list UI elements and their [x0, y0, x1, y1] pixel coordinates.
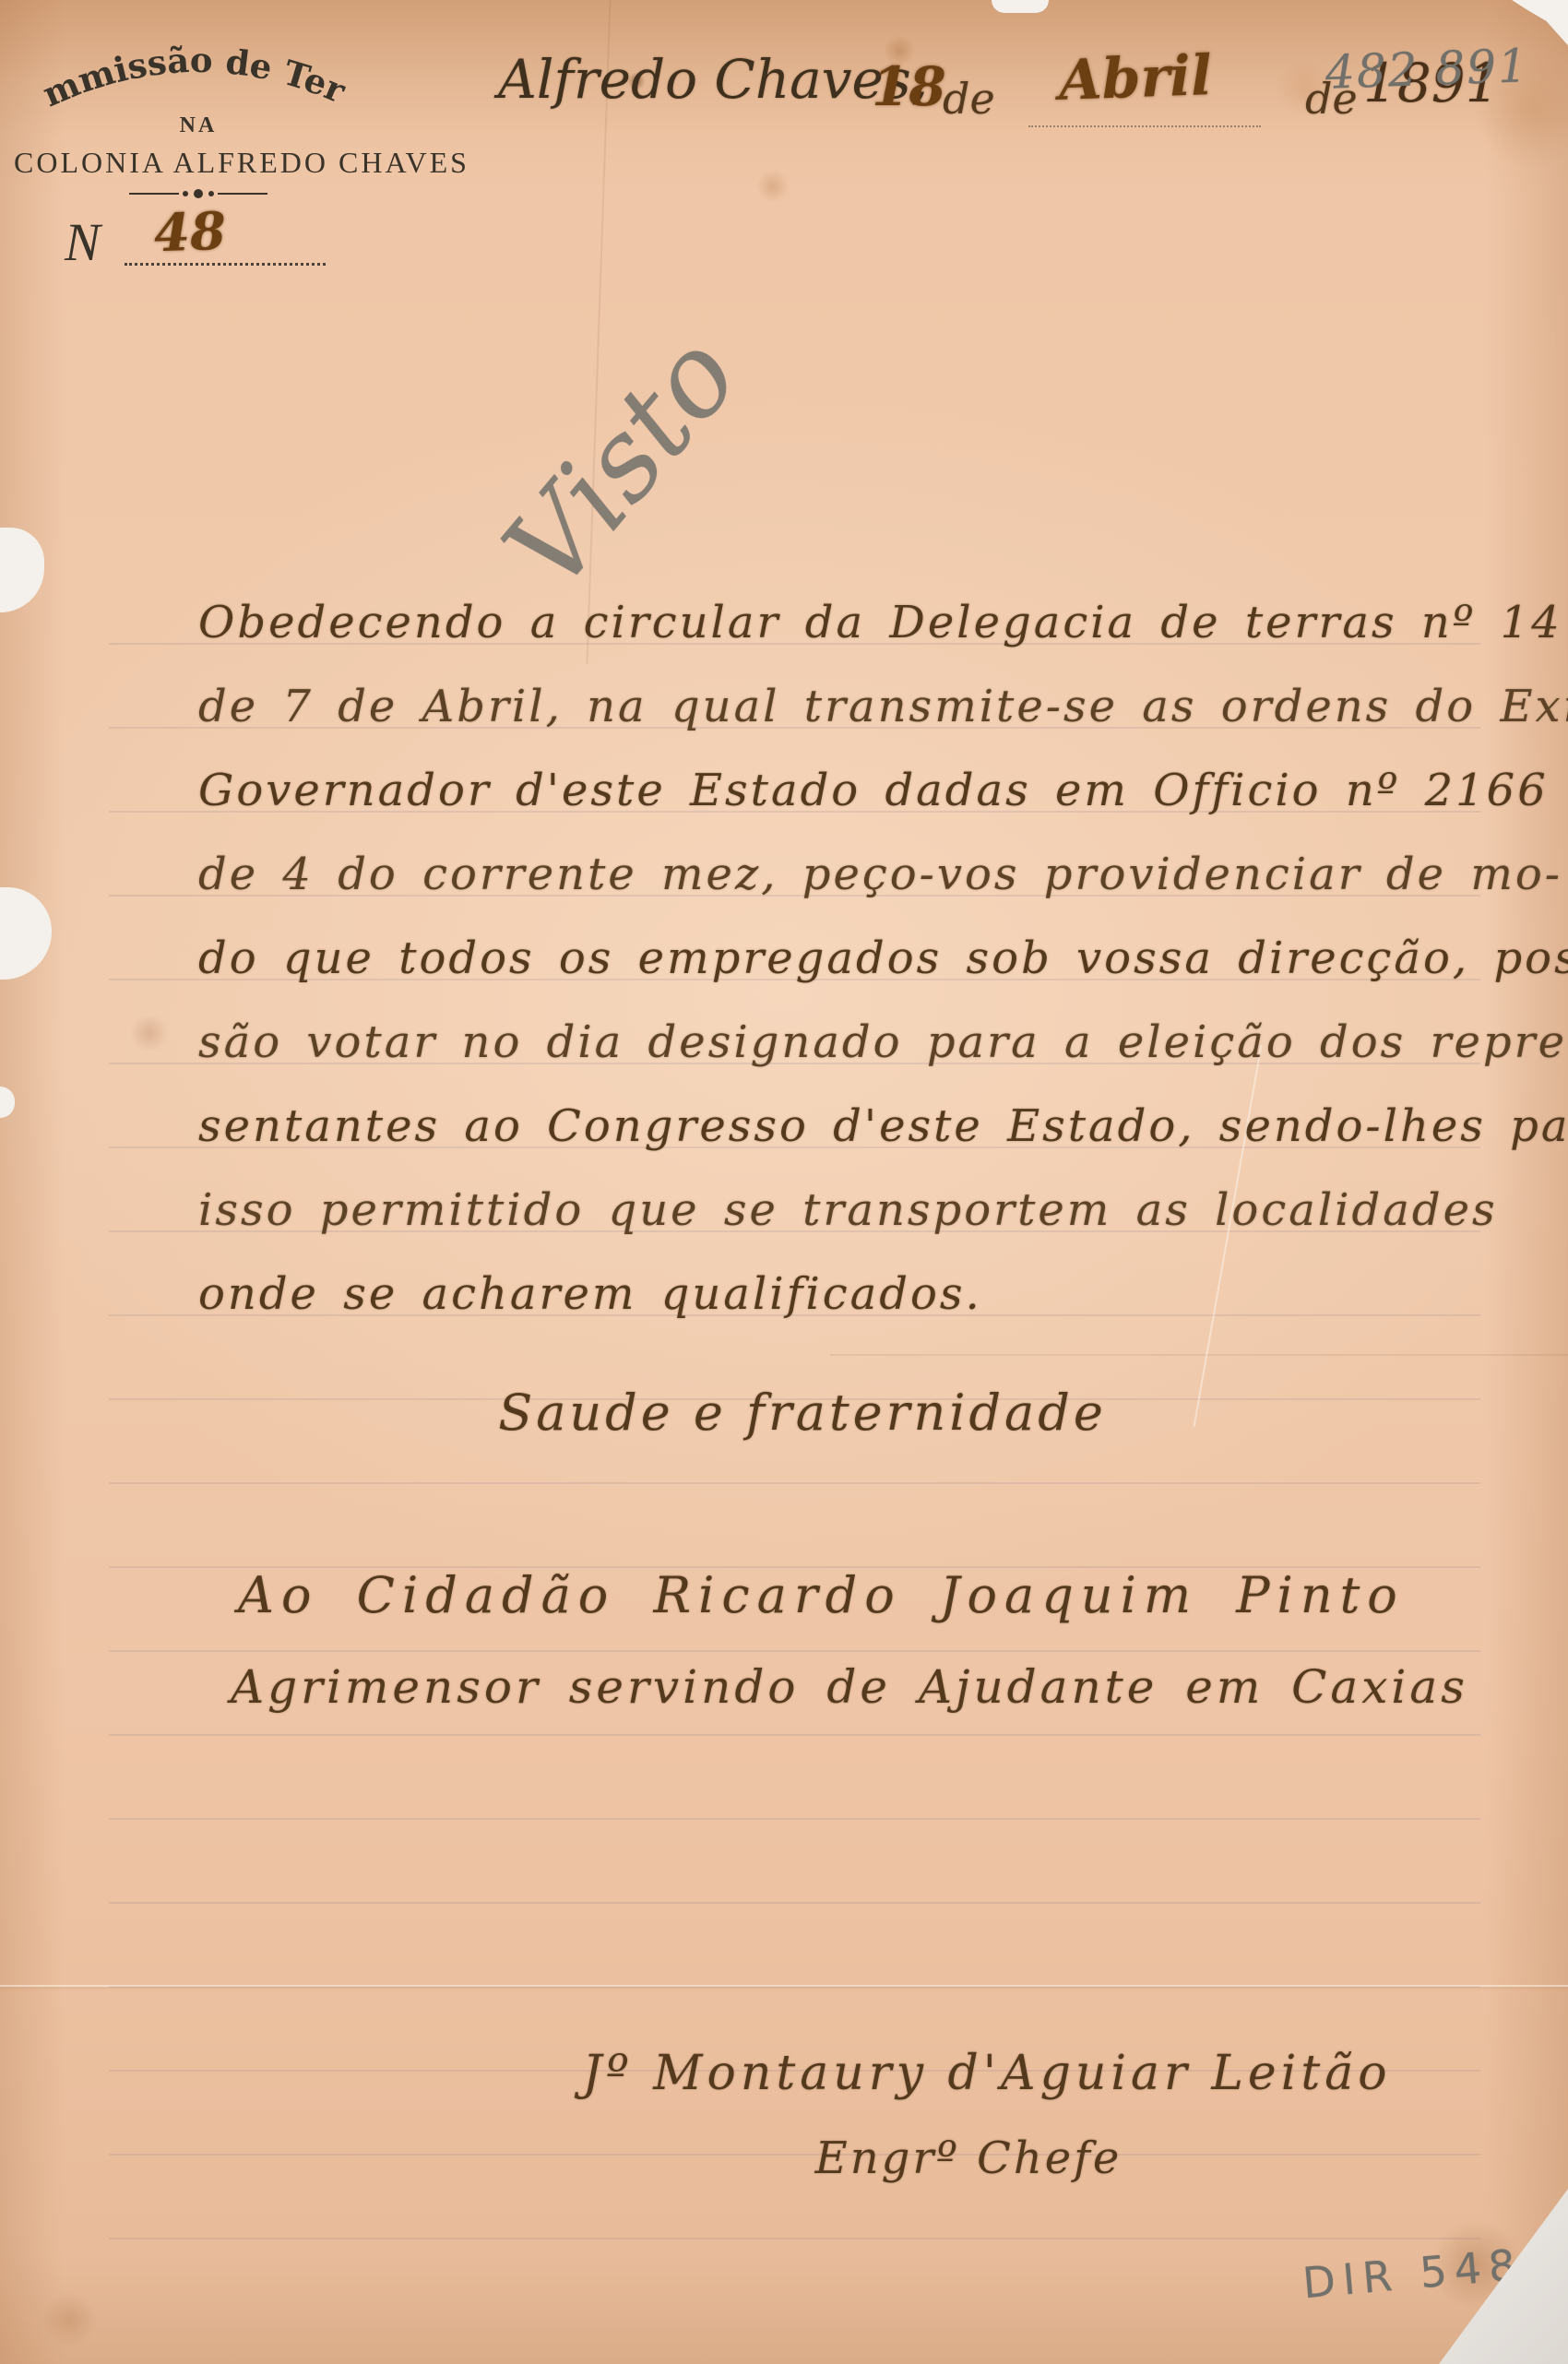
signature-name: Jº Montaury d'Aguiar Leitão — [572, 2046, 1402, 2101]
torn-edge-top — [992, 0, 1049, 13]
number-label: N — [65, 211, 101, 273]
dateline-place: Alfredo Chaves, — [498, 48, 928, 111]
document-number-row: N 48 — [14, 211, 383, 291]
body-line: sentantes ao Congresso d'este Estado, se… — [198, 1085, 1473, 1169]
addressee-line1: Ao Cidadão Ricardo Joaquim Pinto — [238, 1566, 1405, 1624]
closing-salutation: Saude e fraternidade — [498, 1384, 1107, 1442]
ornament-dot — [208, 191, 214, 196]
ornament-divider — [129, 189, 267, 198]
letterhead-arc-text: Commissão de Terras — [42, 32, 355, 117]
ornament-line — [218, 193, 267, 195]
org-name-line2: NA — [14, 113, 383, 138]
dateline-de: de — [943, 74, 995, 124]
ornament-dot — [183, 191, 188, 196]
body-line: de 4 do corrente mez, peço-vos providenc… — [198, 833, 1473, 917]
addressee-line2: Agrimensor servindo de Ajudante em Caxia… — [231, 1660, 1468, 1714]
body-line: de 7 de Abril, na qual transmite-se as o… — [198, 665, 1473, 749]
org-name-line3: COLONIA ALFREDO CHAVES — [14, 146, 383, 180]
dateline-month-underline — [1028, 125, 1261, 127]
body-line: isso permittido que se transportem as lo… — [198, 1169, 1473, 1253]
org-name-line1: Commissão de Terras — [42, 32, 351, 114]
svg-text:Commissão de Terras: Commissão de Terras — [42, 32, 351, 114]
body-text: Obedecendo a circular da Delegacia de te… — [198, 581, 1473, 1336]
body-line: Obedecendo a circular da Delegacia de te… — [198, 581, 1473, 665]
dateline-month: Abril — [1058, 43, 1213, 113]
body-line: onde se acharem qualificados. — [198, 1253, 1473, 1336]
body-line: Governador d'este Estado dadas em Offici… — [198, 749, 1473, 833]
dateline-day: 18 — [872, 55, 946, 118]
scanned-letter: Commissão de Terras NA COLONIA ALFREDO C… — [0, 0, 1568, 2364]
body-line: são votar no dia designado para a eleiçã… — [198, 1001, 1473, 1085]
ornament-line — [129, 193, 179, 195]
archive-number-pencil: 482 891 — [1324, 39, 1530, 100]
body-line: do que todos os empregados sob vossa dir… — [198, 917, 1473, 1001]
signature-title: Engrº Chefe — [812, 2132, 1125, 2184]
number-value-handwritten: 48 — [153, 201, 227, 265]
ornament-dot — [194, 189, 203, 198]
letterhead: Commissão de Terras NA COLONIA ALFREDO C… — [14, 32, 383, 291]
